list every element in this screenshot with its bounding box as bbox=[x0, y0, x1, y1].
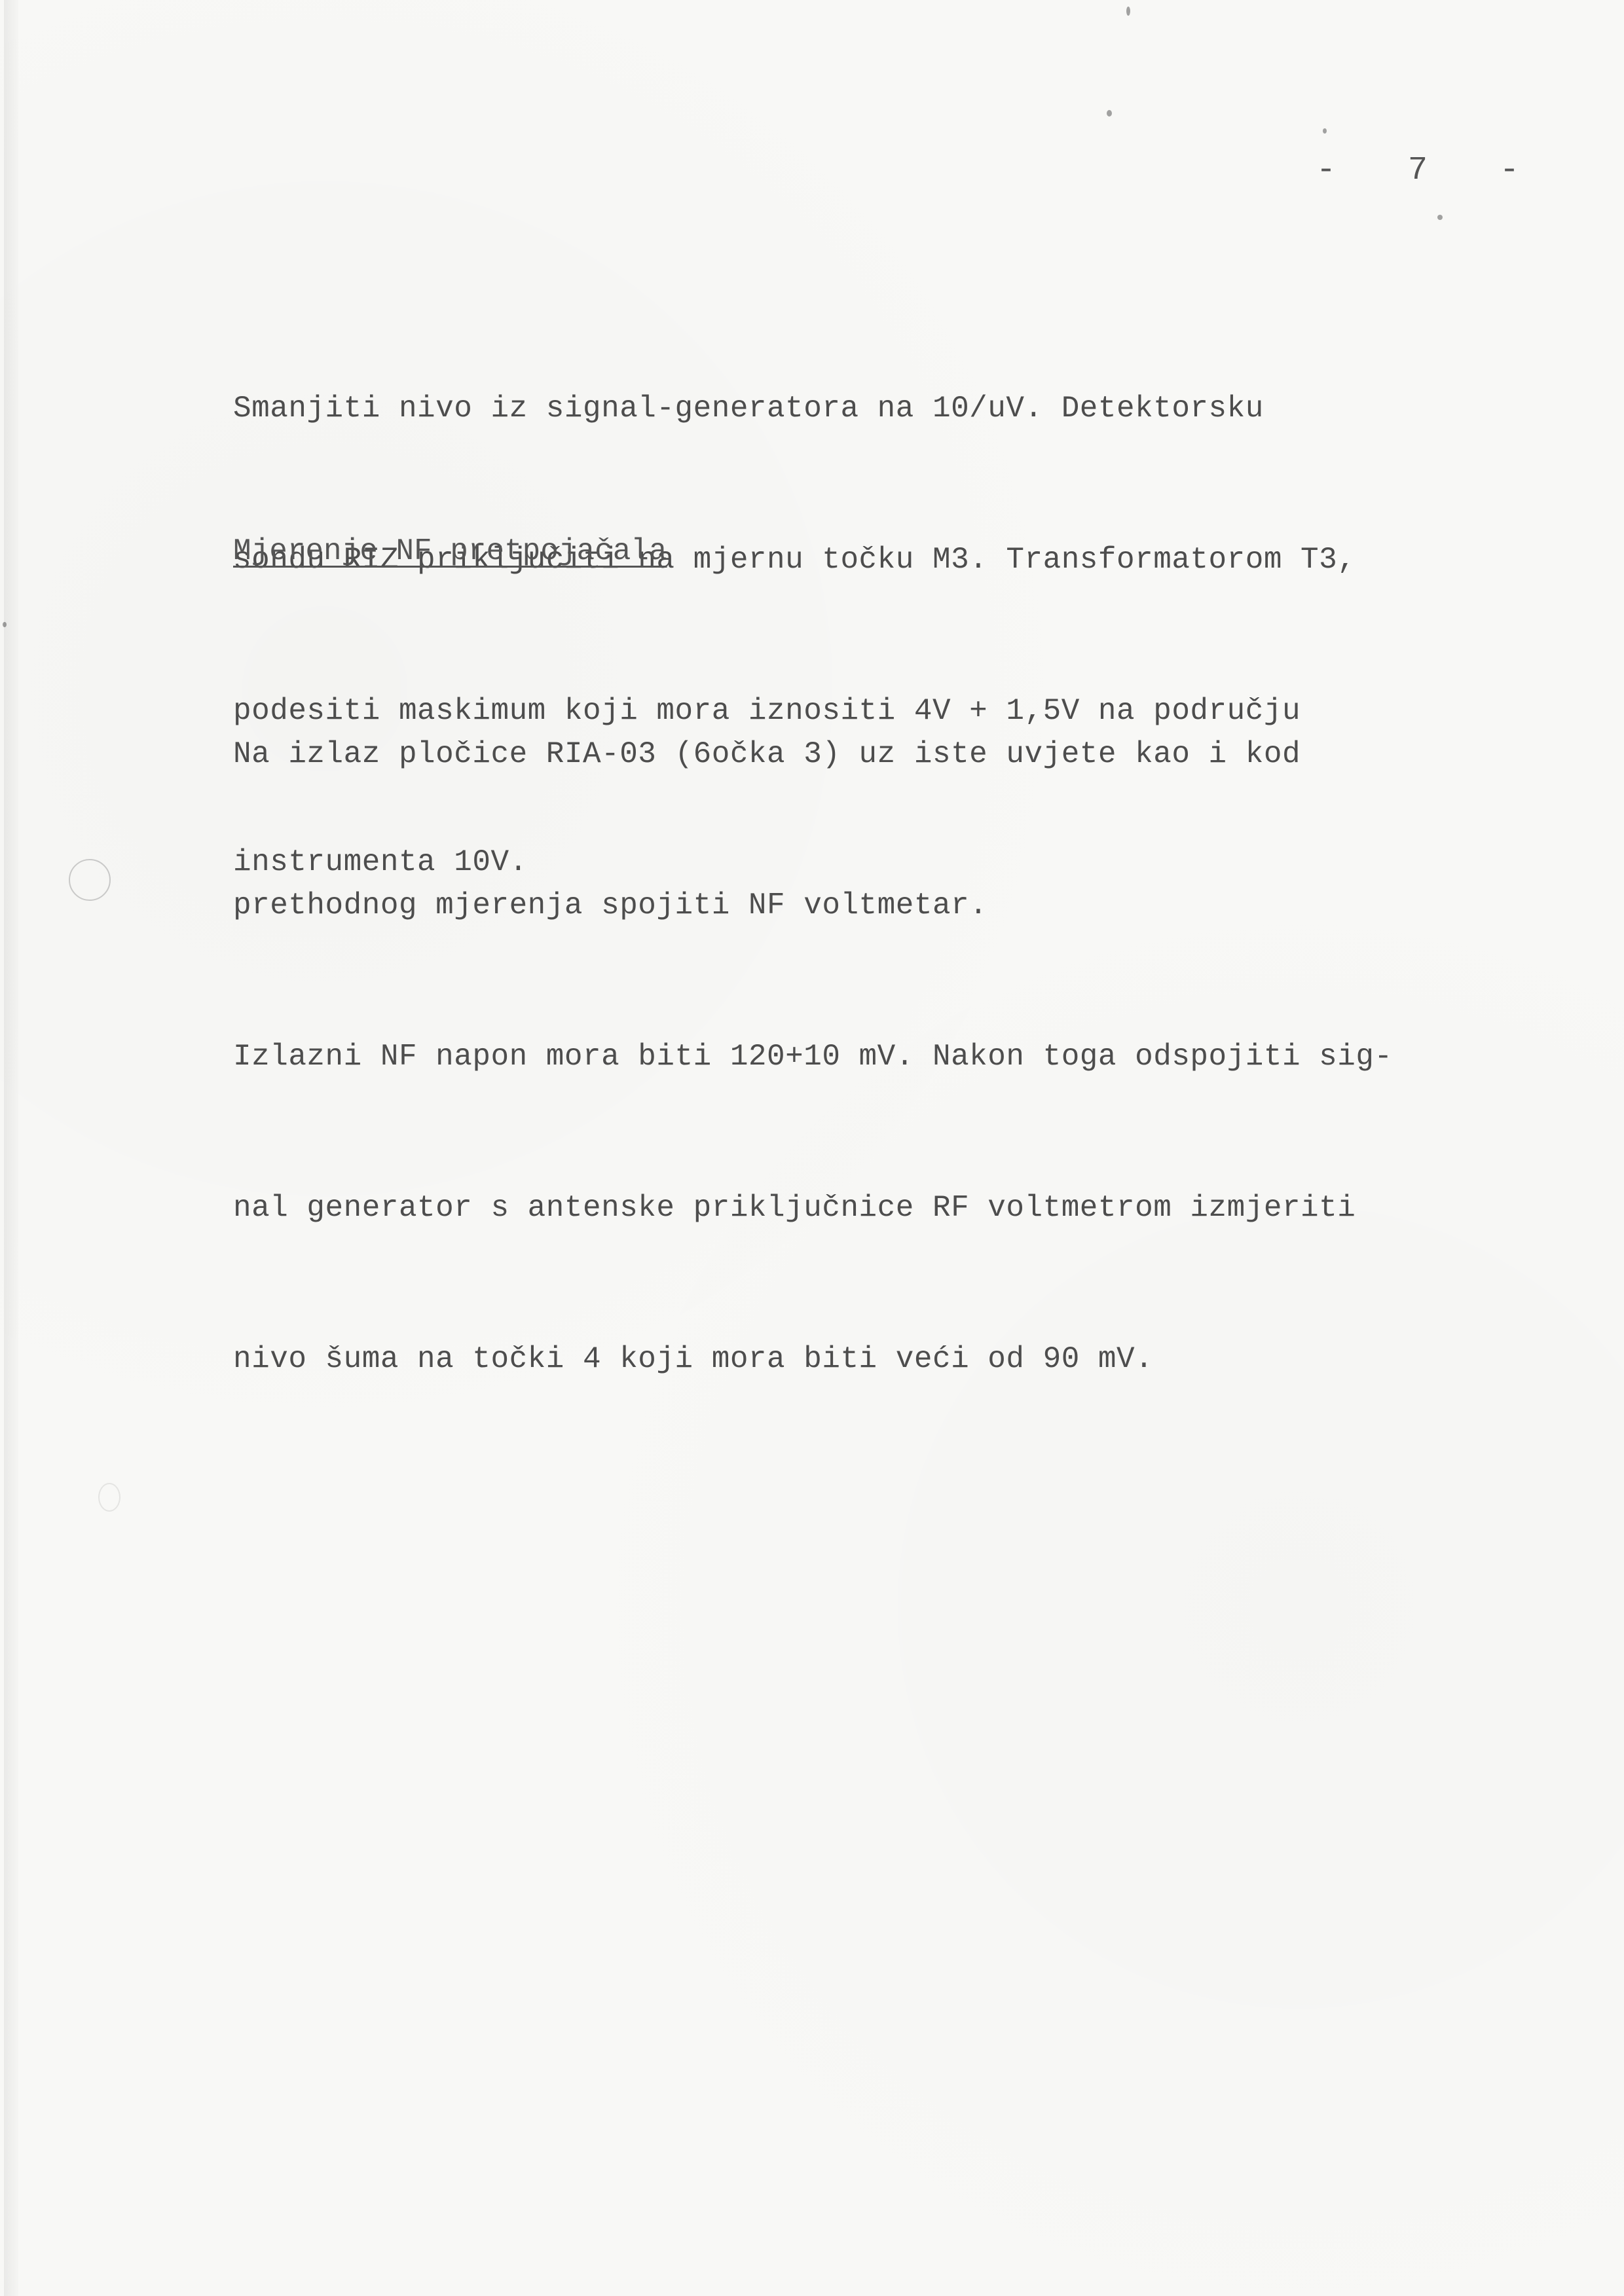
text-line: prethodnog mjerenja spojiti NF voltmetar… bbox=[233, 881, 1393, 931]
scan-speck bbox=[1437, 215, 1443, 220]
scan-speck bbox=[1107, 110, 1112, 117]
punch-hole-mark bbox=[69, 859, 111, 901]
text-line: Na izlaz pločice RIA-03 (6očka 3) uz ist… bbox=[233, 729, 1393, 780]
paragraph-nf-preamp: Na izlaz pločice RIA-03 (6očka 3) uz ist… bbox=[233, 629, 1393, 1485]
page-number: - 7 - bbox=[1316, 152, 1545, 189]
text-line: nivo šuma na točki 4 koji mora biti veći… bbox=[233, 1334, 1393, 1385]
punch-hole-mark bbox=[98, 1483, 120, 1512]
scan-edge-shadow bbox=[4, 0, 18, 2296]
scan-speck bbox=[1126, 7, 1130, 16]
text-line: Smanjiti nivo iz signal-generatora na 10… bbox=[233, 384, 1356, 434]
section-heading: Mjerenje NF pretpojačala bbox=[233, 532, 667, 571]
document-page: - 7 - Smanjiti nivo iz signal-generatora… bbox=[0, 0, 1624, 2296]
text-line: nal generator s antenske priključnice RF… bbox=[233, 1183, 1393, 1233]
scan-speck bbox=[1323, 128, 1327, 134]
scan-speck bbox=[3, 622, 7, 627]
text-line: Izlazni NF napon mora biti 120+10 mV. Na… bbox=[233, 1032, 1393, 1082]
